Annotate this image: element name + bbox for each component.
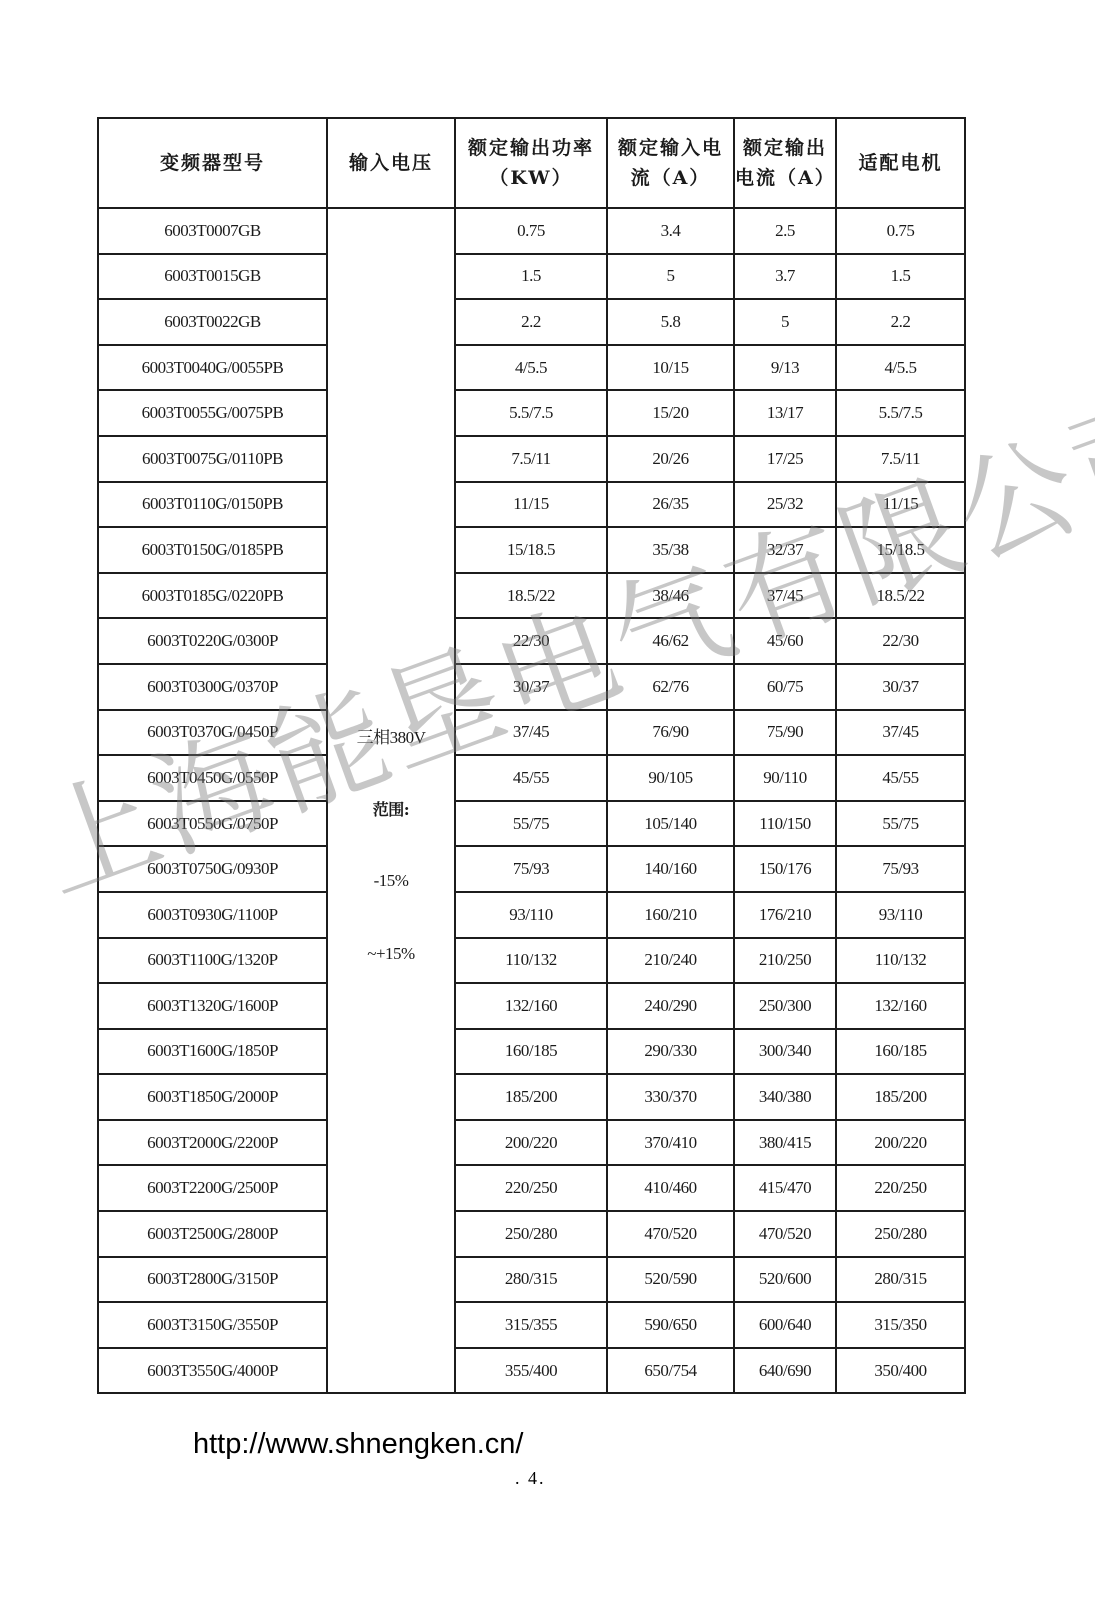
cell-rated-input-current: 470/520 [607,1211,734,1257]
cell-model: 6003T0185G/0220PB [98,573,327,619]
cell-model: 6003T1100G/1320P [98,938,327,984]
cell-rated-input-current: 46/62 [607,618,734,664]
cell-rated-output-power: 1.5 [455,254,607,300]
header-rated-output-power: 额定输出功率（KW） [455,118,607,208]
cell-rated-input-current: 3.4 [607,208,734,254]
table-row: 6003T0110G/0150PB11/1526/3525/3211/15 [98,482,965,528]
cell-model: 6003T2500G/2800P [98,1211,327,1257]
cell-rated-output-power: 200/220 [455,1120,607,1166]
cell-rated-input-current: 210/240 [607,938,734,984]
cell-rated-output-current: 60/75 [734,664,836,710]
cell-model: 6003T1320G/1600P [98,983,327,1029]
cell-rated-output-current: 90/110 [734,755,836,801]
cell-model: 6003T0450G/0550P [98,755,327,801]
cell-rated-output-power: 220/250 [455,1165,607,1211]
cell-input-voltage: 三相380V范围:-15%~+15% [327,208,455,1393]
cell-rated-output-power: 2.2 [455,299,607,345]
cell-rated-output-power: 5.5/7.5 [455,390,607,436]
inverter-spec-table: 变频器型号 输入电压 额定输出功率（KW） 额定输入电流（A） 额定输出电流（A… [97,117,966,1394]
cell-adapted-motor: 75/93 [836,846,965,892]
cell-rated-output-current: 17/25 [734,436,836,482]
cell-rated-input-current: 5.8 [607,299,734,345]
cell-rated-input-current: 140/160 [607,846,734,892]
table-row: 6003T0300G/0370P30/3762/7660/7530/37 [98,664,965,710]
cell-adapted-motor: 132/160 [836,983,965,1029]
table-row: 6003T0075G/0110PB7.5/1120/2617/257.5/11 [98,436,965,482]
cell-model: 6003T0022GB [98,299,327,345]
cell-rated-output-current: 32/37 [734,527,836,573]
cell-adapted-motor: 11/15 [836,482,965,528]
cell-rated-input-current: 105/140 [607,801,734,847]
table-row: 6003T2000G/2200P200/220370/410380/415200… [98,1120,965,1166]
table-row: 6003T0150G/0185PB15/18.535/3832/3715/18.… [98,527,965,573]
cell-rated-input-current: 38/46 [607,573,734,619]
cell-model: 6003T1600G/1850P [98,1029,327,1075]
cell-rated-input-current: 290/330 [607,1029,734,1075]
cell-adapted-motor: 18.5/22 [836,573,965,619]
cell-adapted-motor: 160/185 [836,1029,965,1075]
cell-rated-input-current: 10/15 [607,345,734,391]
cell-model: 6003T3150G/3550P [98,1302,327,1348]
cell-model: 6003T3550G/4000P [98,1348,327,1394]
cell-adapted-motor: 0.75 [836,208,965,254]
cell-rated-output-current: 415/470 [734,1165,836,1211]
header-model: 变频器型号 [98,118,327,208]
cell-rated-output-current: 210/250 [734,938,836,984]
cell-rated-output-power: 280/315 [455,1257,607,1303]
table-row: 6003T3150G/3550P315/355590/650600/640315… [98,1302,965,1348]
header-rated-output-current: 额定输出电流（A） [734,118,836,208]
cell-rated-output-current: 13/17 [734,390,836,436]
cell-model: 6003T2000G/2200P [98,1120,327,1166]
table-row: 6003T0370G/0450P37/4576/9075/9037/45 [98,710,965,756]
cell-model: 6003T1850G/2000P [98,1074,327,1120]
table-row: 6003T1320G/1600P132/160240/290250/300132… [98,983,965,1029]
cell-rated-output-power: 250/280 [455,1211,607,1257]
table-row: 6003T0022GB2.25.852.2 [98,299,965,345]
cell-adapted-motor: 5.5/7.5 [836,390,965,436]
table-row: 6003T1850G/2000P185/200330/370340/380185… [98,1074,965,1120]
header-rated-input-current: 额定输入电流（A） [607,118,734,208]
table-row: 6003T3550G/4000P355/400650/754640/690350… [98,1348,965,1394]
table-row: 6003T0040G/0055PB4/5.510/159/134/5.5 [98,345,965,391]
cell-adapted-motor: 2.2 [836,299,965,345]
cell-rated-output-current: 640/690 [734,1348,836,1394]
cell-rated-output-power: 45/55 [455,755,607,801]
cell-rated-output-current: 75/90 [734,710,836,756]
cell-rated-input-current: 590/650 [607,1302,734,1348]
cell-model: 6003T0110G/0150PB [98,482,327,528]
cell-model: 6003T0300G/0370P [98,664,327,710]
cell-model: 6003T0930G/1100P [98,892,327,938]
cell-adapted-motor: 15/18.5 [836,527,965,573]
cell-rated-output-current: 25/32 [734,482,836,528]
cell-rated-input-current: 15/20 [607,390,734,436]
cell-rated-output-power: 55/75 [455,801,607,847]
page-number: . 4. [515,1468,546,1489]
table-body: 6003T0007GB三相380V范围:-15%~+15%0.753.42.50… [98,208,965,1393]
document-page: 变频器型号 输入电压 额定输出功率（KW） 额定输入电流（A） 额定输出电流（A… [0,0,1095,1615]
cell-rated-input-current: 76/90 [607,710,734,756]
cell-adapted-motor: 30/37 [836,664,965,710]
cell-rated-output-power: 93/110 [455,892,607,938]
input-voltage-line1: 三相380V [357,728,426,748]
cell-rated-output-current: 45/60 [734,618,836,664]
cell-rated-output-current: 37/45 [734,573,836,619]
header-input-voltage: 输入电压 [327,118,455,208]
table-row: 6003T0055G/0075PB5.5/7.515/2013/175.5/7.… [98,390,965,436]
cell-model: 6003T2200G/2500P [98,1165,327,1211]
table-row: 6003T0750G/0930P75/93140/160150/17675/93 [98,846,965,892]
cell-rated-output-power: 7.5/11 [455,436,607,482]
table-row: 6003T0930G/1100P93/110160/210176/21093/1… [98,892,965,938]
cell-model: 6003T0040G/0055PB [98,345,327,391]
cell-rated-input-current: 20/26 [607,436,734,482]
cell-rated-input-current: 26/35 [607,482,734,528]
table-row: 6003T0450G/0550P45/5590/10590/11045/55 [98,755,965,801]
table-row: 6003T0550G/0750P55/75105/140110/15055/75 [98,801,965,847]
table-row: 6003T1100G/1320P110/132210/240210/250110… [98,938,965,984]
cell-adapted-motor: 350/400 [836,1348,965,1394]
cell-adapted-motor: 220/250 [836,1165,965,1211]
cell-adapted-motor: 280/315 [836,1257,965,1303]
cell-rated-input-current: 90/105 [607,755,734,801]
cell-rated-input-current: 240/290 [607,983,734,1029]
table-row: 6003T2200G/2500P220/250410/460415/470220… [98,1165,965,1211]
cell-rated-input-current: 330/370 [607,1074,734,1120]
cell-rated-input-current: 520/590 [607,1257,734,1303]
cell-rated-output-current: 250/300 [734,983,836,1029]
cell-rated-output-current: 150/176 [734,846,836,892]
table-row: 6003T2800G/3150P280/315520/590520/600280… [98,1257,965,1303]
cell-rated-output-current: 9/13 [734,345,836,391]
cell-adapted-motor: 55/75 [836,801,965,847]
cell-rated-output-current: 340/380 [734,1074,836,1120]
cell-model: 6003T0075G/0110PB [98,436,327,482]
cell-adapted-motor: 7.5/11 [836,436,965,482]
footer-url[interactable]: http://www.shnengken.cn/ [193,1428,523,1461]
cell-rated-output-power: 132/160 [455,983,607,1029]
cell-rated-input-current: 160/210 [607,892,734,938]
cell-rated-input-current: 410/460 [607,1165,734,1211]
cell-adapted-motor: 22/30 [836,618,965,664]
cell-rated-input-current: 370/410 [607,1120,734,1166]
cell-rated-output-current: 300/340 [734,1029,836,1075]
cell-rated-output-power: 185/200 [455,1074,607,1120]
table-row: 6003T1600G/1850P160/185290/330300/340160… [98,1029,965,1075]
cell-model: 6003T0150G/0185PB [98,527,327,573]
cell-rated-output-power: 315/355 [455,1302,607,1348]
cell-adapted-motor: 315/350 [836,1302,965,1348]
cell-rated-output-current: 5 [734,299,836,345]
cell-rated-output-current: 2.5 [734,208,836,254]
cell-rated-output-current: 3.7 [734,254,836,300]
cell-rated-input-current: 35/38 [607,527,734,573]
cell-rated-input-current: 650/754 [607,1348,734,1394]
cell-rated-output-current: 600/640 [734,1302,836,1348]
cell-rated-output-power: 18.5/22 [455,573,607,619]
cell-model: 6003T0015GB [98,254,327,300]
cell-adapted-motor: 200/220 [836,1120,965,1166]
cell-rated-output-current: 176/210 [734,892,836,938]
cell-rated-input-current: 5 [607,254,734,300]
table-row: 6003T0015GB1.553.71.5 [98,254,965,300]
cell-rated-output-current: 380/415 [734,1120,836,1166]
cell-adapted-motor: 4/5.5 [836,345,965,391]
table-header-row: 变频器型号 输入电压 额定输出功率（KW） 额定输入电流（A） 额定输出电流（A… [98,118,965,208]
cell-adapted-motor: 37/45 [836,710,965,756]
cell-rated-output-power: 75/93 [455,846,607,892]
cell-adapted-motor: 250/280 [836,1211,965,1257]
table-row: 6003T0185G/0220PB18.5/2238/4637/4518.5/2… [98,573,965,619]
cell-rated-output-power: 11/15 [455,482,607,528]
cell-model: 6003T2800G/3150P [98,1257,327,1303]
cell-rated-output-power: 110/132 [455,938,607,984]
table-row: 6003T0220G/0300P22/3046/6245/6022/30 [98,618,965,664]
cell-rated-output-power: 0.75 [455,208,607,254]
cell-model: 6003T0750G/0930P [98,846,327,892]
table-row: 6003T2500G/2800P250/280470/520470/520250… [98,1211,965,1257]
cell-adapted-motor: 110/132 [836,938,965,984]
cell-model: 6003T0220G/0300P [98,618,327,664]
cell-rated-output-power: 30/37 [455,664,607,710]
cell-rated-output-power: 15/18.5 [455,527,607,573]
cell-model: 6003T0007GB [98,208,327,254]
cell-rated-input-current: 62/76 [607,664,734,710]
cell-adapted-motor: 185/200 [836,1074,965,1120]
cell-rated-output-current: 470/520 [734,1211,836,1257]
cell-adapted-motor: 1.5 [836,254,965,300]
cell-rated-output-power: 160/185 [455,1029,607,1075]
cell-rated-output-power: 4/5.5 [455,345,607,391]
cell-model: 6003T0550G/0750P [98,801,327,847]
cell-adapted-motor: 93/110 [836,892,965,938]
cell-adapted-motor: 45/55 [836,755,965,801]
cell-rated-output-current: 110/150 [734,801,836,847]
cell-rated-output-current: 520/600 [734,1257,836,1303]
input-voltage-line2: 范围: [373,800,409,819]
input-voltage-line4: ~+15% [367,944,414,964]
cell-model: 6003T0370G/0450P [98,710,327,756]
cell-model: 6003T0055G/0075PB [98,390,327,436]
input-voltage-line3: -15% [374,871,409,891]
cell-rated-output-power: 37/45 [455,710,607,756]
header-adapted-motor: 适配电机 [836,118,965,208]
cell-rated-output-power: 355/400 [455,1348,607,1394]
table-row: 6003T0007GB三相380V范围:-15%~+15%0.753.42.50… [98,208,965,254]
cell-rated-output-power: 22/30 [455,618,607,664]
